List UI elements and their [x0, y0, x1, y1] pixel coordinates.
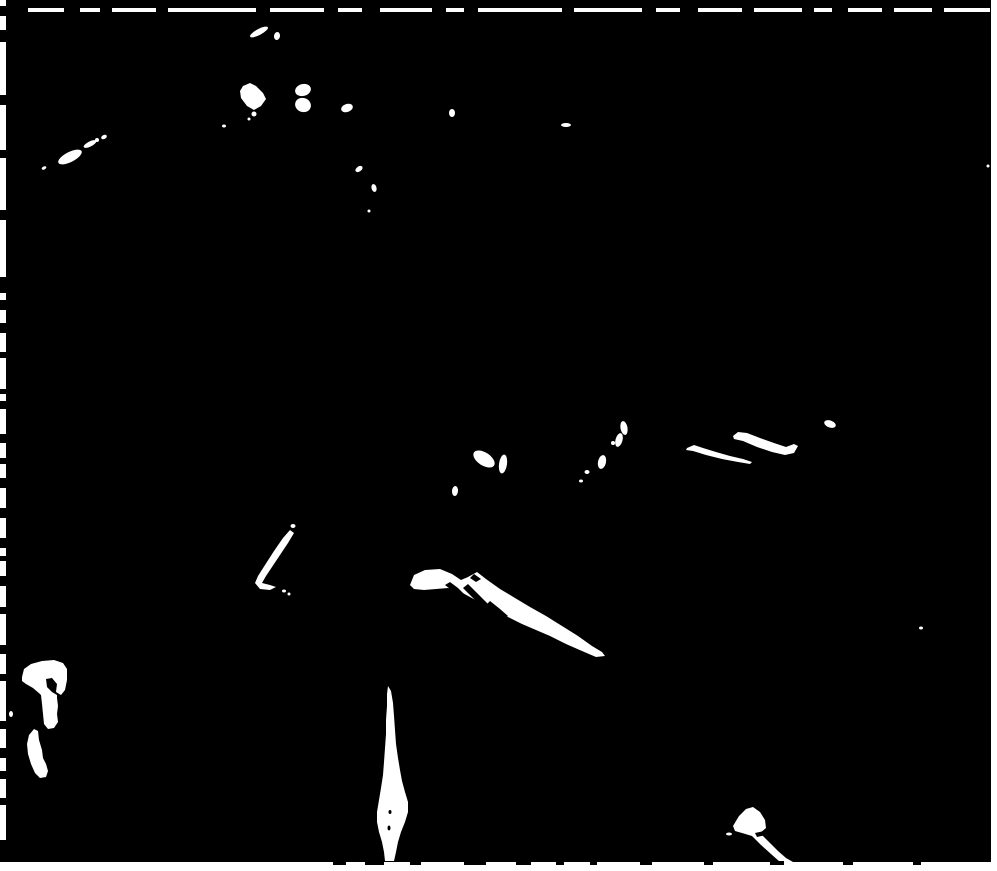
highlight-speck: [579, 480, 583, 483]
bottom-edge-tick: [640, 861, 652, 865]
highlight-speck: [449, 109, 455, 117]
highlight-speck: [585, 470, 590, 474]
blob-notch-speck: [389, 810, 392, 814]
highlight-speck: [368, 210, 371, 213]
top-edge-crack-segment: [112, 8, 156, 12]
bottom-edge-tick: [590, 861, 597, 865]
highlight-speck: [291, 524, 296, 528]
top-edge-crack-segment: [478, 8, 562, 12]
top-edge-crack-segment: [848, 8, 882, 12]
left-edge-tick: [0, 458, 7, 464]
bottom-edge-tick: [704, 861, 713, 865]
bottom-edge-tick: [516, 861, 531, 865]
top-edge-crack-segment: [894, 8, 932, 12]
left-edge-tick: [0, 210, 7, 220]
binarized-photo-image: [0, 0, 997, 871]
highlight-speck: [561, 123, 571, 127]
left-edge-tick: [0, 277, 7, 293]
left-edge-tick: [0, 576, 7, 586]
highlight-speck: [282, 590, 286, 593]
left-edge-tick: [0, 389, 7, 394]
highlight-speck: [9, 711, 13, 717]
left-edge-tick: [0, 401, 7, 409]
left-edge-tick: [0, 538, 7, 548]
left-edge-tick: [0, 300, 7, 310]
left-edge-tick: [0, 556, 7, 561]
top-edge-crack-segment: [944, 8, 990, 12]
left-edge-tick: [0, 852, 7, 862]
left-edge-tick: [0, 150, 7, 158]
bottom-edge-tick: [770, 861, 784, 865]
left-edge-tick: [0, 6, 7, 16]
left-edge-tick: [0, 748, 7, 758]
highlight-speck: [252, 112, 257, 117]
highlight-speck: [987, 165, 990, 168]
bottom-edge-tick: [365, 861, 384, 865]
top-edge-crack-segment: [270, 8, 324, 12]
left-edge-tick: [0, 478, 7, 488]
left-edge-tick: [0, 798, 7, 805]
top-edge-crack-segment: [380, 8, 432, 12]
top-edge-crack-segment: [754, 8, 802, 12]
left-edge-tick: [0, 771, 7, 779]
left-edge-tick: [0, 607, 7, 614]
bottom-edge-tick: [843, 861, 853, 865]
photo-dark-field: [6, 0, 991, 862]
left-edge-tick: [0, 30, 7, 42]
blob-notch-speck: [388, 826, 391, 831]
left-edge-tick: [0, 323, 7, 333]
highlight-speck: [95, 138, 99, 142]
top-edge-crack-segment: [574, 8, 642, 12]
scanned-photo-page: [0, 0, 997, 871]
bottom-edge-tick: [333, 861, 346, 865]
highlight-speck: [611, 441, 615, 445]
top-edge-crack-segment: [446, 8, 464, 12]
top-edge-crack-segment: [814, 8, 832, 12]
bottom-edge-tick: [556, 861, 564, 865]
top-edge-crack-segment: [28, 8, 64, 12]
top-edge-crack-segment: [80, 8, 100, 12]
top-edge-crack-segment: [656, 8, 680, 12]
bottom-edge-tick: [464, 861, 486, 865]
left-edge-tick: [0, 840, 7, 852]
highlight-speck: [248, 118, 251, 121]
highlight-speck: [919, 627, 923, 630]
highlight-speck: [288, 593, 291, 596]
left-edge-tick: [0, 352, 7, 358]
left-edge-tick: [0, 674, 7, 681]
left-edge-tick: [0, 645, 7, 654]
highlight-speck: [726, 833, 732, 836]
top-edge-crack-segment: [168, 8, 256, 12]
bottom-edge-tick: [913, 861, 921, 865]
top-edge-crack-segment: [698, 8, 742, 12]
left-edge-tick: [0, 721, 7, 729]
left-edge-tick: [0, 508, 7, 518]
left-edge-tick: [0, 434, 7, 443]
highlight-speck: [222, 125, 226, 128]
bottom-edge-tick: [410, 861, 421, 865]
top-edge-crack-segment: [338, 8, 362, 12]
left-edge-tick: [0, 95, 7, 105]
